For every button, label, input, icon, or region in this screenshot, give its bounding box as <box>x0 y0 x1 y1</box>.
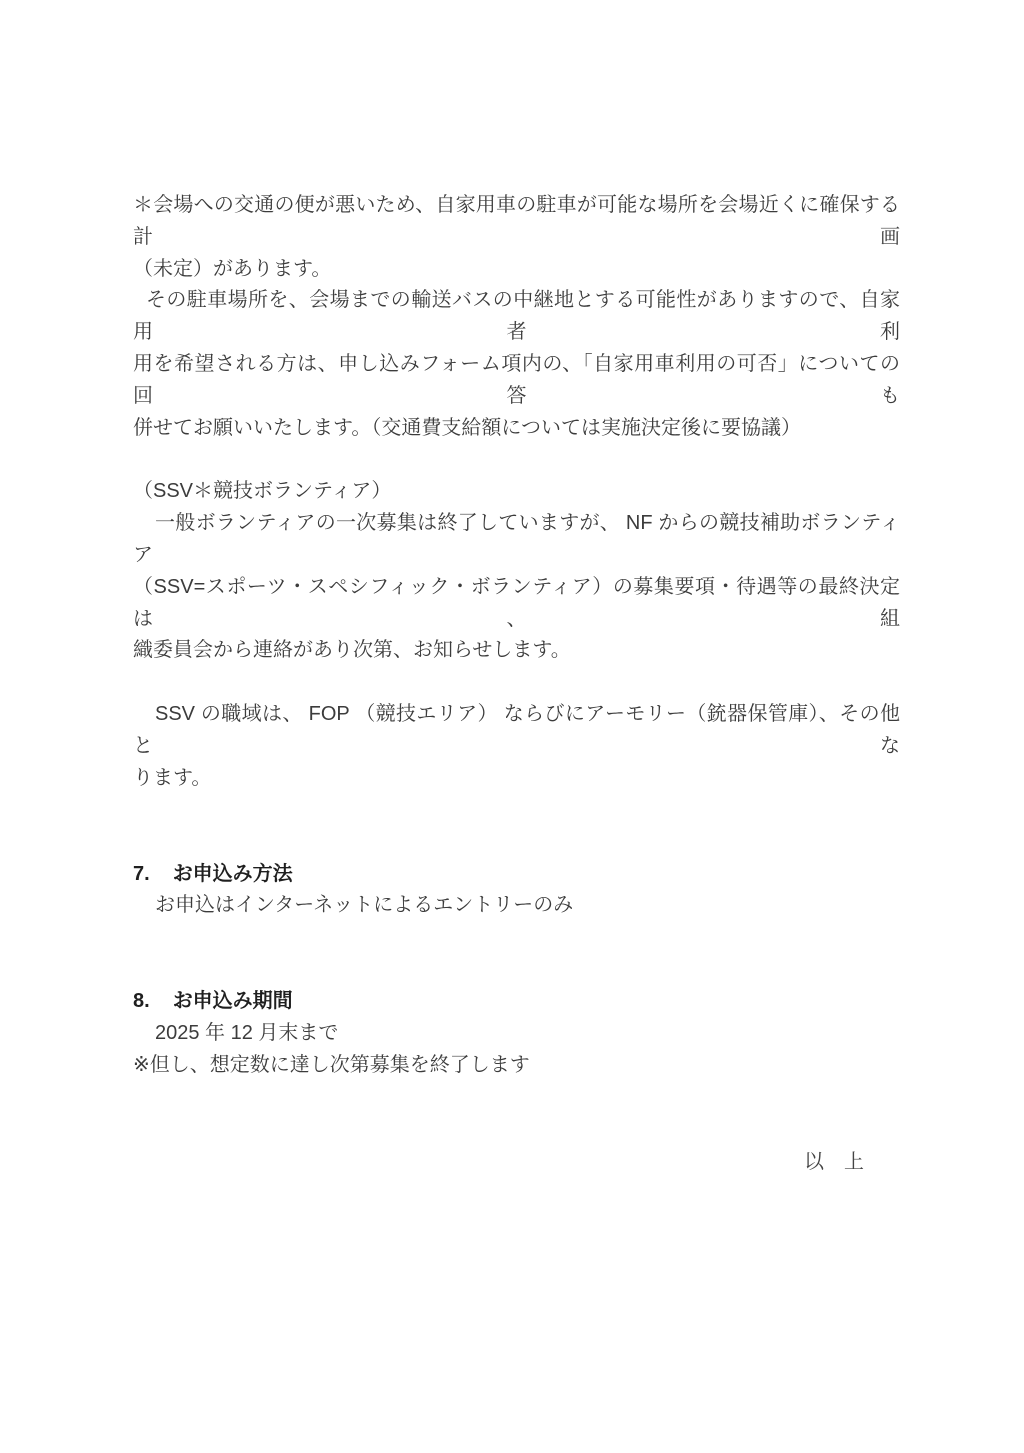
text-line: SSV の職域は、 FOP （競技エリア） ならびにアーモリー（銃器保管庫）、そ… <box>133 699 900 763</box>
text-line: 2025 年 12 月末まで <box>133 1018 900 1050</box>
closing-mark: 以 上 <box>133 1147 900 1179</box>
text-line: 一般ボランティアの一次募集は終了していますが、 NF からの競技補助ボランティア <box>133 508 900 572</box>
text-line: ります。 <box>133 763 900 795</box>
text-line: （未定）があります。 <box>133 254 900 286</box>
section-number: 8. <box>133 986 150 1018</box>
section-7-heading: 7.お申込み方法 <box>133 859 900 891</box>
text-line: ※但し、想定数に達し次第募集を終了します <box>133 1050 900 1082</box>
section-7-body: お申込はインターネットによるエントリーのみ <box>133 890 900 922</box>
text-line: 用を希望される方は、申し込みフォーム項内の、「自家用車利用の可否」についての回答… <box>133 349 900 413</box>
paragraph-ssv-volunteer: （SSV＊競技ボランティア） 一般ボランティアの一次募集は終了していますが、 N… <box>133 476 900 667</box>
section-title: お申込み方法 <box>173 863 293 885</box>
section-title: お申込み期間 <box>173 990 293 1012</box>
section-8-body: 2025 年 12 月末まで ※但し、想定数に達し次第募集を終了します <box>133 1018 900 1082</box>
paragraph-parking-note: ＊会場への交通の便が悪いため、自家用車の駐車が可能な場所を会場近くに確保する計画… <box>133 190 900 444</box>
section-8-heading: 8.お申込み期間 <box>133 986 900 1018</box>
document-page: ＊会場への交通の便が悪いため、自家用車の駐車が可能な場所を会場近くに確保する計画… <box>0 0 1024 1453</box>
section-number: 7. <box>133 859 150 891</box>
text-line: （SSV＊競技ボランティア） <box>133 476 900 508</box>
text-line: （SSV=スポーツ・スペシフィック・ボランティア）の募集要項・待遇等の最終決定は… <box>133 572 900 636</box>
text-line: ＊会場への交通の便が悪いため、自家用車の駐車が可能な場所を会場近くに確保する計画 <box>133 190 900 254</box>
text-line: お申込はインターネットによるエントリーのみ <box>133 890 900 922</box>
text-line: 織委員会から連絡があり次第、お知らせします。 <box>133 635 900 667</box>
text-line: その駐車場所を、会場までの輸送バスの中継地とする可能性がありますので、自家用者利 <box>133 285 900 349</box>
text-line: 併せてお願いいたします。（交通費支給額については実施決定後に要協議） <box>133 413 900 445</box>
paragraph-ssv-roles: SSV の職域は、 FOP （競技エリア） ならびにアーモリー（銃器保管庫）、そ… <box>133 699 900 794</box>
